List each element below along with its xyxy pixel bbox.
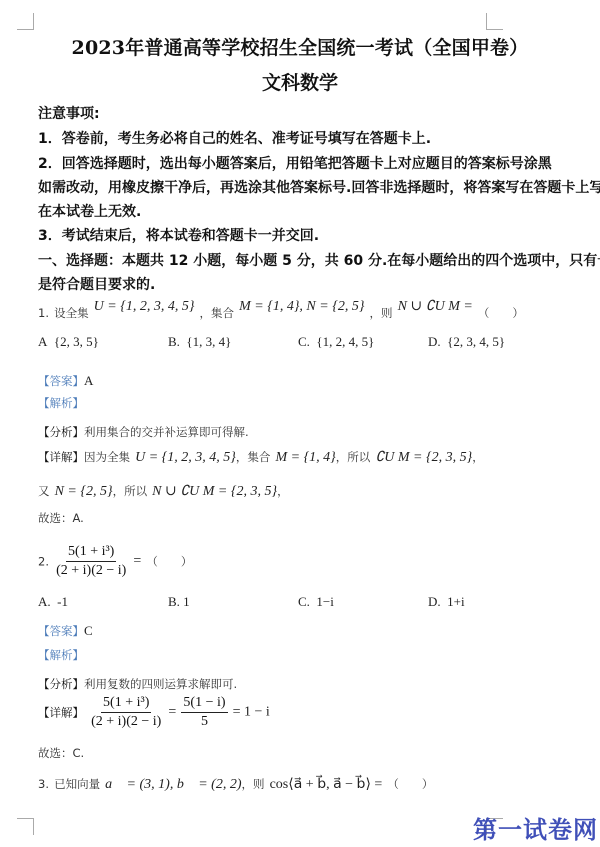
option-value: {2, 3, 5} xyxy=(54,334,99,349)
fraction-numerator: 5(1 − i) xyxy=(181,695,227,713)
notice-item-2-end: 在本试卷上无效. xyxy=(38,201,141,221)
solution-text: 因为全集 xyxy=(84,450,130,464)
solution-text: ，所以 xyxy=(336,450,371,464)
option-d: D. 1+i xyxy=(428,594,465,610)
question-number: 2. xyxy=(38,555,49,569)
math-expression: N ∪ ∁U M = {2, 3, 5} xyxy=(152,484,277,499)
analysis-tag: 【解析】 xyxy=(38,395,84,411)
fraction-numerator: 5(1 + i³) xyxy=(66,544,116,562)
xiangjie-line-1: 【详解】因为全集 U = {1, 2, 3, 4, 5}，集合 M = {1, … xyxy=(38,446,484,466)
fraction-denominator: 5 xyxy=(199,713,210,730)
option-label: D. xyxy=(428,334,441,349)
solution-text: ，集合 xyxy=(236,450,271,464)
question-text: ，则 xyxy=(242,777,265,791)
option-label: C. xyxy=(298,594,310,609)
option-value: {1, 2, 4, 5} xyxy=(316,334,374,349)
notice-item-3: 3．考试结束后，将本试卷和答题卡一并交回. xyxy=(38,225,319,245)
solution-text: ， xyxy=(472,450,484,464)
option-c: C. {1, 2, 4, 5} xyxy=(298,334,374,350)
math-sets-mn: M = {1, 4}, N = {2, 5} xyxy=(239,299,364,314)
fenxi-tag: 【分析】 xyxy=(38,425,84,439)
solution-text: ，所以 xyxy=(113,484,148,498)
fraction-denominator: (2 + i)(2 − i) xyxy=(54,562,128,579)
option-label: C. xyxy=(298,334,310,349)
fraction: 5(1 + i³) (2 + i)(2 − i) xyxy=(54,544,128,579)
solution-text: ， xyxy=(277,484,289,498)
math-expression: cos⟨a⃗ + b⃗, a⃗ − b⃗⟩ = xyxy=(270,777,383,792)
section-heading-line1: 一、选择题：本题共 12 小题，每小题 5 分，共 60 分.在每小题给出的四个… xyxy=(38,250,600,270)
analysis-tag: 【解析】 xyxy=(38,647,84,663)
option-value: {1, 3, 4} xyxy=(186,334,231,349)
fraction-numerator: 5(1 + i³) xyxy=(101,695,151,713)
solution-text: 又 xyxy=(38,484,50,498)
question-number: 3. xyxy=(38,777,49,791)
question-3-stem: 3. 已知向量 a⃗ = (3, 1), b⃗ = (2, 2)，则 cos⟨a… xyxy=(38,773,433,793)
xiangjie-tag: 【详解】 xyxy=(38,450,84,464)
option-a: A {2, 3, 5} xyxy=(38,334,99,350)
option-c: C. 1−i xyxy=(298,594,334,610)
fenxi-line: 【分析】利用复数的四则运算求解即可. xyxy=(38,673,237,692)
math-vectors: a⃗ = (3, 1), b⃗ = (2, 2) xyxy=(105,777,241,792)
answer-line: 【答案】A xyxy=(38,370,93,389)
math-result: = 1 − i xyxy=(233,705,270,720)
fenxi-text: 利用复数的四则运算求解即可. xyxy=(84,677,237,691)
section-heading-line2: 是符合题目要求的. xyxy=(38,274,155,294)
fraction-denominator: (2 + i)(2 − i) xyxy=(89,713,163,730)
question-text: ，则 xyxy=(370,306,393,320)
question-text: 设全集 xyxy=(54,306,89,320)
option-label: B. xyxy=(168,594,180,609)
question-number: 1. xyxy=(38,306,49,320)
math-expression: N ∪ ∁U M = xyxy=(398,299,473,314)
answer-blank: （ ） xyxy=(478,306,524,320)
math-expression: M = {1, 4} xyxy=(275,450,335,465)
answer-tag: 【答案】 xyxy=(38,624,84,638)
fenxi-text: 利用集合的交并补运算即可得解. xyxy=(84,425,249,439)
question-text: ，集合 xyxy=(200,306,235,320)
option-value: {2, 3, 4, 5} xyxy=(447,334,505,349)
fraction: 5(1 − i) 5 xyxy=(181,695,227,730)
math-set-u: U = {1, 2, 3, 4, 5} xyxy=(94,299,195,314)
option-value: -1 xyxy=(57,594,68,609)
answer-value: A xyxy=(84,373,93,388)
answer-tag: 【答案】 xyxy=(38,374,84,388)
option-d: D. {2, 3, 4, 5} xyxy=(428,334,505,350)
conclusion: 故选：C. xyxy=(38,745,84,761)
conclusion: 故选：A. xyxy=(38,510,84,526)
option-b: B. 1 xyxy=(168,594,190,610)
option-value: 1−i xyxy=(316,594,333,609)
xiangjie-line-2: 又 N = {2, 5}，所以 N ∪ ∁U M = {2, 3, 5}， xyxy=(38,480,289,500)
option-label: D. xyxy=(428,594,441,609)
page-corner-mark-top-left xyxy=(17,13,34,30)
math-expression: ∁U M = {2, 3, 5} xyxy=(375,450,472,465)
notice-item-1: 1．答卷前，考生务必将自己的姓名、准考证号填写在答题卡上. xyxy=(38,128,431,148)
option-label: A. xyxy=(38,594,51,609)
notice-item-2-cont: 如需改动，用橡皮擦干净后，再选涂其他答案标号.回答非选择题时，将答案写在答题卡上… xyxy=(38,177,600,197)
xiangjie-line: 【详解】 5(1 + i³) (2 + i)(2 − i) = 5(1 − i)… xyxy=(38,695,270,730)
answer-value: C xyxy=(84,623,93,638)
math-expression: U = {1, 2, 3, 4, 5} xyxy=(135,450,236,465)
question-1-stem: 1. 设全集 U = {1, 2, 3, 4, 5} ，集合 M = {1, 4… xyxy=(38,302,524,322)
fraction: 5(1 + i³) (2 + i)(2 − i) xyxy=(89,695,163,730)
equals-sign: = xyxy=(133,554,141,569)
equals-sign: = xyxy=(168,705,176,720)
fenxi-tag: 【分析】 xyxy=(38,677,84,691)
answer-blank: （ ） xyxy=(387,777,433,791)
notice-item-2: 2．回答选择题时，选出每小题答案后，用铅笔把答题卡上对应题目的答案标号涂黑 xyxy=(38,153,552,173)
option-label: A xyxy=(38,334,47,349)
question-2-stem: 2. 5(1 + i³) (2 + i)(2 − i) = （ ） xyxy=(38,544,192,579)
answer-blank: （ ） xyxy=(146,555,192,569)
option-label: B. xyxy=(168,334,180,349)
question-text: 已知向量 xyxy=(54,777,100,791)
page-corner-mark-bottom-left xyxy=(17,818,34,835)
watermark-logo: 第一试卷网 xyxy=(473,810,598,845)
answer-line: 【答案】C xyxy=(38,620,93,639)
math-expression: N = {2, 5} xyxy=(55,484,113,499)
notice-heading: 注意事项: xyxy=(38,103,100,123)
page-corner-mark-top-right xyxy=(486,13,503,30)
document-title: 2023年普通高等学校招生全国统一考试（全国甲卷） xyxy=(0,33,600,60)
document-subtitle: 文科数学 xyxy=(0,68,600,95)
option-value: 1 xyxy=(183,594,190,609)
xiangjie-tag: 【详解】 xyxy=(38,706,84,720)
option-value: 1+i xyxy=(447,594,464,609)
option-a: A. -1 xyxy=(38,594,68,610)
fenxi-line: 【分析】利用集合的交并补运算即可得解. xyxy=(38,421,249,440)
option-b: B. {1, 3, 4} xyxy=(168,334,231,350)
